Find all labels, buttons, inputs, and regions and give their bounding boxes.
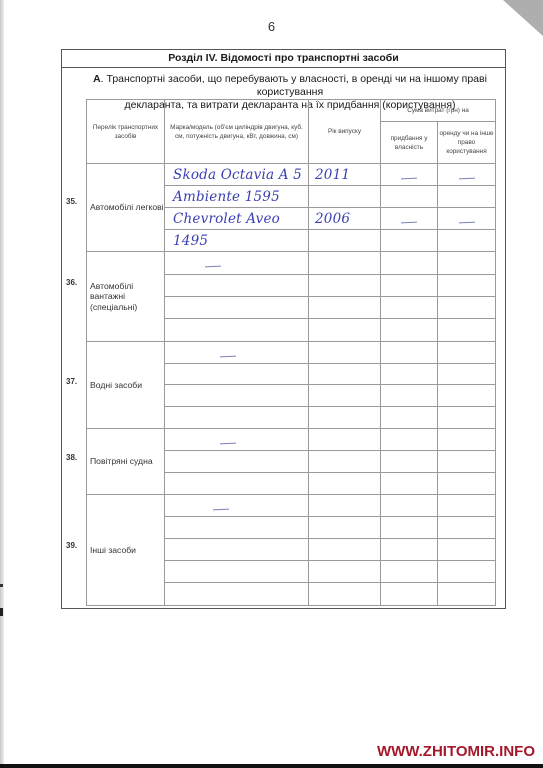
- dash-mark: [220, 442, 236, 444]
- category-cell: Повітряні судна: [87, 429, 165, 495]
- table-row: Автомобілі вантажні (спеціальні): [87, 252, 496, 275]
- year-cell: 2006: [309, 208, 381, 230]
- category-cell: Автомобілі легкові: [87, 164, 165, 252]
- scan-bottom-edge: [0, 764, 543, 768]
- handwritten-model: Ambiente 1595: [173, 189, 280, 205]
- scan-edge: [0, 0, 4, 768]
- model-cell: Skoda Octavia A 5: [165, 164, 309, 186]
- row-number: 37.: [66, 377, 77, 386]
- dash-mark: [213, 508, 229, 510]
- subsection-letter: А: [93, 73, 101, 85]
- row-number: 35.: [66, 197, 77, 206]
- category-cell: Інші засоби: [87, 495, 165, 606]
- rent-cell: [438, 208, 496, 230]
- handwritten-year: 2011: [315, 167, 350, 183]
- header-expenses: Сума витрат (грн) на: [381, 100, 496, 122]
- header-category: Перелік транспортних засобів: [87, 100, 165, 164]
- header-rent: оренду чи на інше право користування: [438, 122, 496, 164]
- dash-mark: [220, 355, 236, 357]
- handwritten-model: Chevrolet Aveo: [173, 211, 280, 227]
- handwritten-model: Skoda Octavia A 5: [173, 167, 302, 183]
- page-number: 6: [0, 19, 543, 34]
- category-cell: Автомобілі вантажні (спеціальні): [87, 252, 165, 342]
- table-row: Водні засоби: [87, 342, 496, 364]
- dash-mark: [205, 266, 221, 268]
- header-purchase: придбання у власність: [381, 122, 438, 164]
- model-cell: Ambiente 1595: [165, 186, 309, 208]
- model-cell: Chevrolet Aveo: [165, 208, 309, 230]
- table-row: Автомобілі легкові Skoda Octavia A 5 201…: [87, 164, 496, 186]
- model-cell: [165, 429, 309, 451]
- row-number: 39.: [66, 541, 77, 550]
- scan-mark: [0, 584, 3, 587]
- dash-mark: [401, 221, 417, 223]
- model-cell: [165, 495, 309, 517]
- category-cell: Водні засоби: [87, 342, 165, 429]
- dash-mark: [458, 221, 474, 223]
- table-row: Інші засоби: [87, 495, 496, 517]
- scan-mark: [0, 608, 3, 616]
- handwritten-year: 2006: [315, 211, 350, 227]
- handwritten-model: 1495: [173, 233, 208, 249]
- model-cell: [165, 252, 309, 275]
- table-row: Повітряні судна: [87, 429, 496, 451]
- row-number: 38.: [66, 453, 77, 462]
- year-cell: 2011: [309, 164, 381, 186]
- purchase-cell: [381, 208, 438, 230]
- model-cell: 1495: [165, 230, 309, 252]
- vehicles-table: Перелік транспортних засобів Марка/модел…: [86, 99, 496, 606]
- subsection-text-line1: . Транспортні засоби, що перебувають у в…: [101, 73, 487, 98]
- purchase-cell: [381, 164, 438, 186]
- rent-cell: [438, 164, 496, 186]
- model-cell: [165, 342, 309, 364]
- dash-mark: [401, 177, 417, 179]
- row-number: 36.: [66, 278, 77, 287]
- dash-mark: [458, 177, 474, 179]
- section-title: Розділ IV. Відомості про транспортні зас…: [61, 49, 506, 68]
- site-watermark: WWW.ZHITOMIR.INFO: [377, 743, 535, 760]
- year-cell: [309, 186, 381, 208]
- header-year: Рік випуску: [309, 100, 381, 164]
- header-model: Марка/модель (об'єм циліндрів двигуна, к…: [165, 100, 309, 164]
